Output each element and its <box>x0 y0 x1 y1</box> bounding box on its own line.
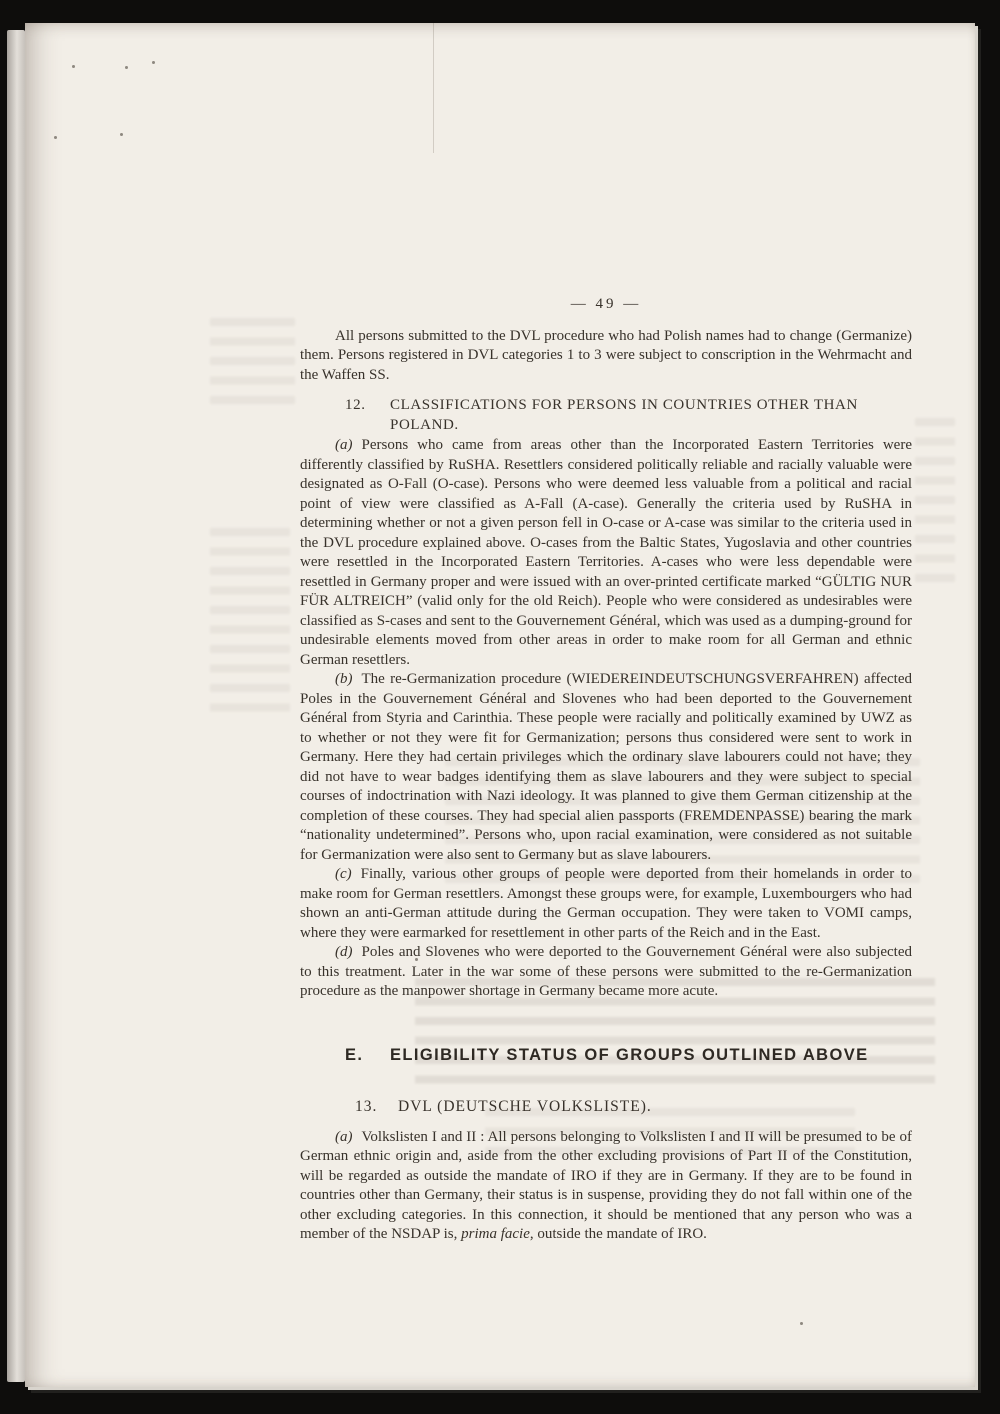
ghost-text-block <box>210 313 295 413</box>
paragraph-d-text: Poles and Slovenes who were deported to … <box>300 944 912 999</box>
paragraph-13a-text-before: Volkslisten I and II : All persons belon… <box>300 1129 912 1243</box>
page-number: — 49 — <box>300 295 912 315</box>
paragraph-c: (c)Finally, various other groups of peop… <box>300 865 912 943</box>
scanned-book-photo: { "scan": { "background_color": "#0e0d0c… <box>0 0 1000 1414</box>
ghost-text-block <box>915 413 955 583</box>
paragraph-a-text: Persons who came from areas other than t… <box>300 437 912 668</box>
intro-paragraph: All persons submitted to the DVL procedu… <box>300 327 912 386</box>
section-e-letter: E. <box>345 1046 390 1066</box>
section-12-heading: 12. CLASSIFICATIONS FOR PERSONS IN COUNT… <box>345 396 912 435</box>
paragraph-a-label: (a) <box>335 437 353 453</box>
dust-speck <box>72 65 75 68</box>
dust-speck <box>800 1322 803 1325</box>
dust-speck <box>54 136 57 139</box>
dust-speck <box>152 61 155 64</box>
dust-speck <box>125 66 128 69</box>
ghost-text-block <box>210 523 290 713</box>
paragraph-a: (a)Persons who came from areas other tha… <box>300 436 912 670</box>
paragraph-b-text: The re-Germanization procedure (WIEDEREI… <box>300 671 912 863</box>
paragraph-13a-text-after: , outside the mandate of IRO. <box>530 1226 707 1242</box>
section-12-title: CLASSIFICATIONS FOR PERSONS IN COUNTRIES… <box>390 396 912 435</box>
prima-facie-italic: prima facie <box>461 1226 530 1242</box>
paragraph-13a: (a)Volkslisten I and II : All persons be… <box>300 1128 912 1245</box>
paragraph-d-label: (d) <box>335 944 353 960</box>
paragraph-13a-label: (a) <box>335 1129 353 1145</box>
section-13-heading: 13. DVL (DEUTSCHE VOLKSLISTE). <box>355 1097 912 1117</box>
dust-speck <box>120 133 123 136</box>
paragraph-c-label: (c) <box>335 866 352 882</box>
text-column: — 49 — All persons submitted to the DVL … <box>300 295 912 1245</box>
section-e-heading: E. ELIGIBILITY STATUS OF GROUPS OUTLINED… <box>345 1046 912 1066</box>
paragraph-d: (d)Poles and Slovenes who were deported … <box>300 943 912 1002</box>
section-12-number: 12. <box>345 396 390 435</box>
section-13-title: DVL (DEUTSCHE VOLKSLISTE). <box>398 1097 652 1117</box>
section-13-number: 13. <box>355 1097 398 1117</box>
document-page: — 49 — All persons submitted to the DVL … <box>25 23 975 1387</box>
paragraph-b-label: (b) <box>335 671 353 687</box>
paragraph-c-text: Finally, various other groups of people … <box>300 866 912 941</box>
underlying-page-edge <box>7 30 25 1382</box>
section-e-title: ELIGIBILITY STATUS OF GROUPS OUTLINED AB… <box>390 1046 869 1066</box>
paragraph-b: (b)The re-Germanization procedure (WIEDE… <box>300 670 912 865</box>
scratch-line <box>433 23 434 153</box>
